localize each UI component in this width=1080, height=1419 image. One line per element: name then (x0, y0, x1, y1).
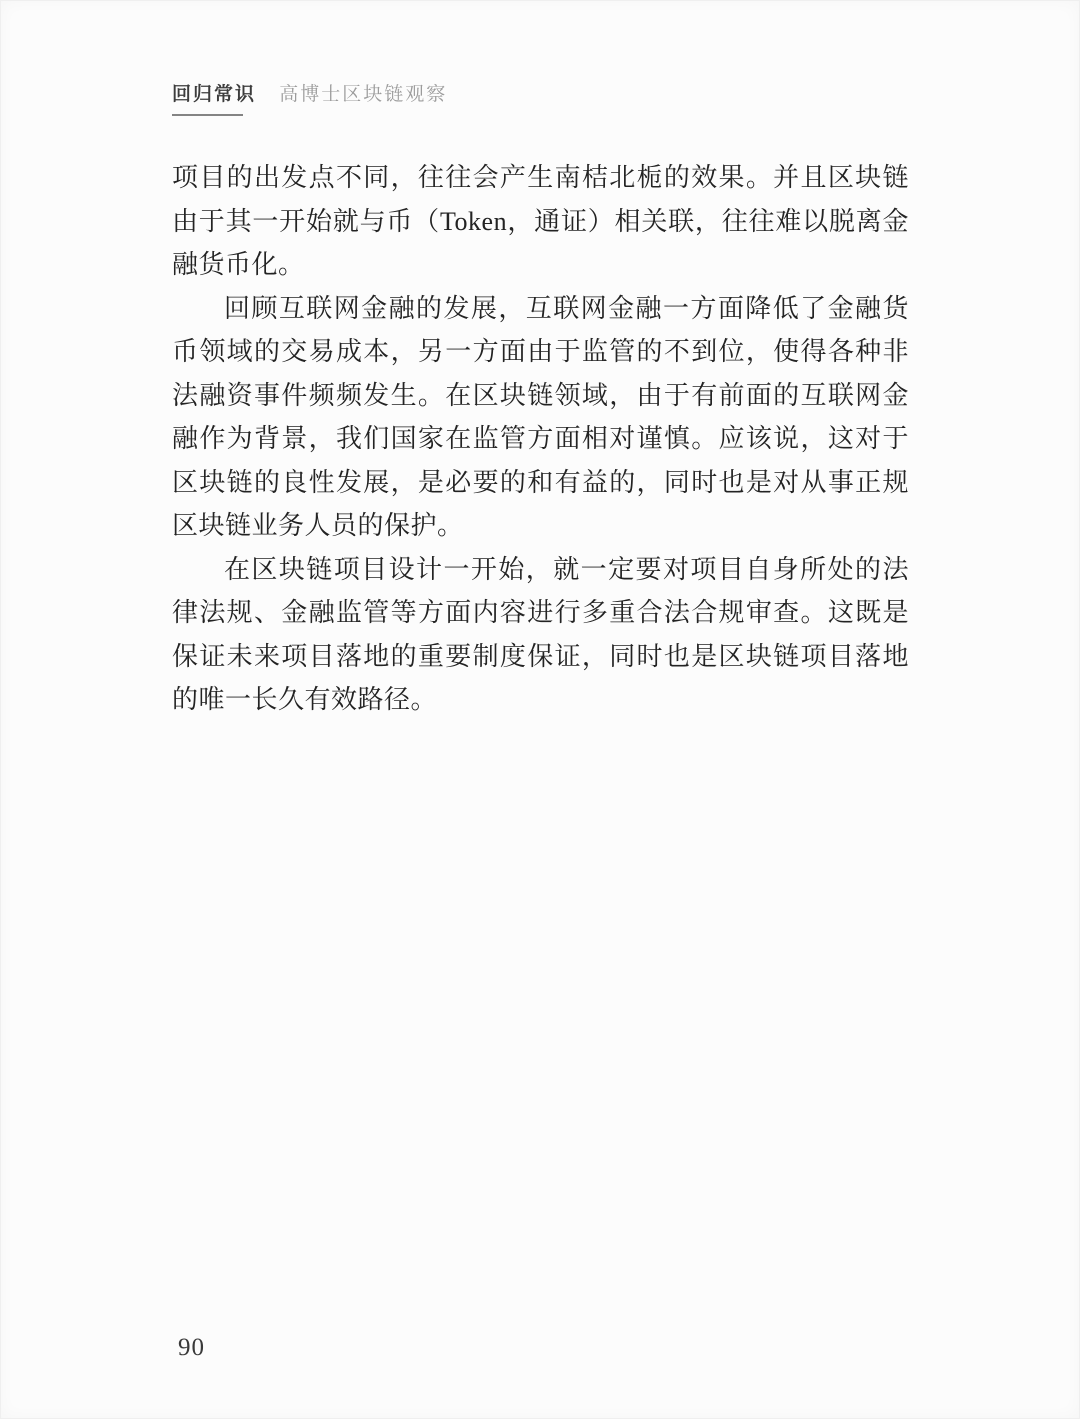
body-paragraph-2: 回顾互联网金融的发展，互联网金融一方面降低了金融货币领域的交易成本，另一方面由于… (172, 287, 909, 548)
page-number: 90 (178, 1334, 205, 1361)
book-subtitle: 高博士区块链观察 (279, 84, 447, 105)
book-page: 回归常识 高博士区块链观察 项目的出发点不同，往往会产生南桔北栀的效果。并且区块… (0, 0, 1080, 1419)
series-title: 回归常识 (172, 84, 256, 105)
page-header: 回归常识 高博士区块链观察 (172, 84, 447, 106)
page-footer: 90 (178, 1334, 205, 1362)
body-paragraph-1: 项目的出发点不同，往往会产生南桔北栀的效果。并且区块链由于其一开始就与币（Tok… (172, 156, 909, 287)
body-paragraph-3: 在区块链项目设计一开始，就一定要对项目自身所处的法律法规、金融监管等方面内容进行… (172, 548, 909, 722)
header-rule (172, 114, 243, 116)
page-body: 项目的出发点不同，往往会产生南桔北栀的效果。并且区块链由于其一开始就与币（Tok… (172, 156, 909, 722)
